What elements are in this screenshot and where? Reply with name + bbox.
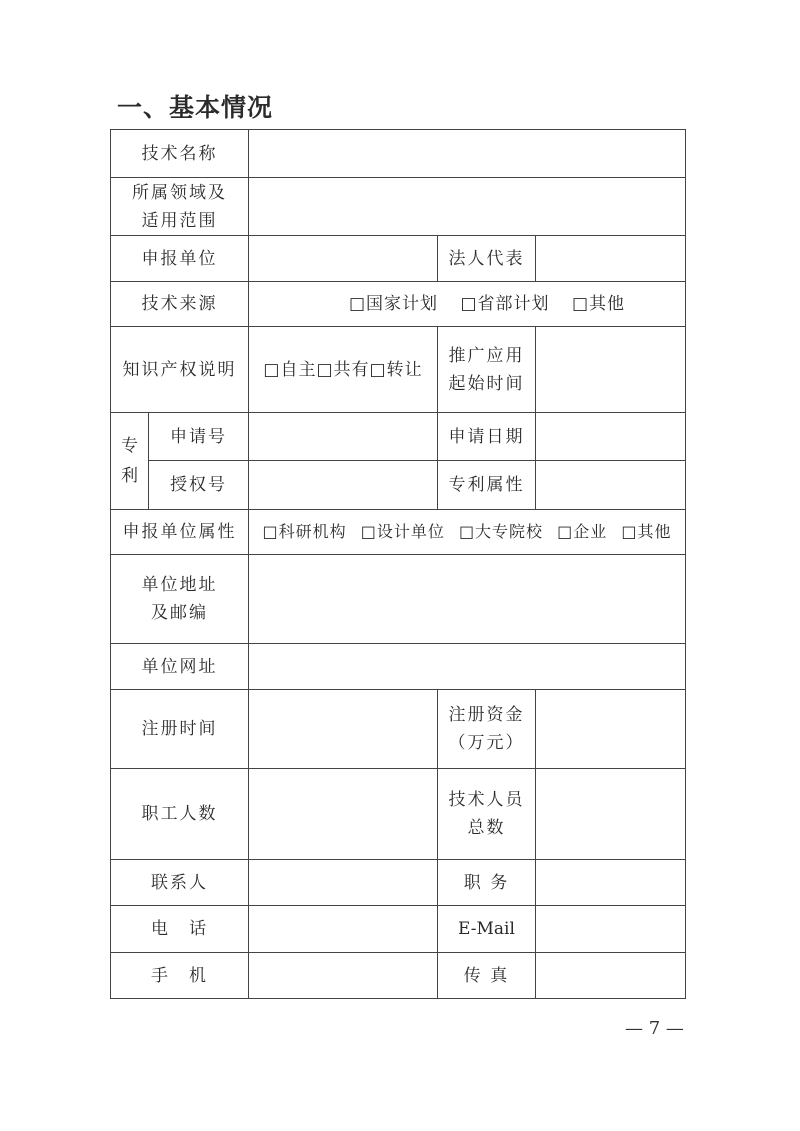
- registration-date-field[interactable]: [249, 690, 438, 769]
- field-scope-field[interactable]: [249, 178, 686, 236]
- position-field[interactable]: [536, 860, 686, 906]
- registration-date-label: 注册时间: [111, 690, 249, 769]
- field-scope-label: 所属领域及适用范围: [111, 178, 249, 236]
- page-number: — 7 —: [625, 1018, 684, 1039]
- registered-capital-field[interactable]: [536, 690, 686, 769]
- tech-name-field[interactable]: [249, 130, 686, 178]
- contact-label: 联系人: [111, 860, 249, 906]
- legal-rep-field[interactable]: [536, 236, 686, 282]
- address-field[interactable]: [249, 555, 686, 644]
- staff-count-field[interactable]: [249, 769, 438, 860]
- fax-label: 传 真: [438, 953, 536, 999]
- option-other[interactable]: □其他: [572, 294, 625, 314]
- basic-info-form: 技术名称 所属领域及适用范围 申报单位 法人代表 技术来源 □国家计划 □省部计…: [110, 129, 686, 999]
- patent-group-label: 专利: [111, 413, 149, 510]
- unit-type-options: □科研机构 □设计单位 □大专院校 □企业 □其他: [249, 510, 686, 555]
- phone-label: 电 话: [111, 906, 249, 953]
- tech-source-options: □国家计划 □省部计划 □其他: [249, 282, 686, 327]
- grant-no-field[interactable]: [249, 461, 438, 510]
- application-date-label: 申请日期: [438, 413, 536, 461]
- phone-field[interactable]: [249, 906, 438, 953]
- mobile-field[interactable]: [249, 953, 438, 999]
- application-no-field[interactable]: [249, 413, 438, 461]
- grant-no-label: 授权号: [149, 461, 249, 510]
- address-label: 单位地址及邮编: [111, 555, 249, 644]
- fax-field[interactable]: [536, 953, 686, 999]
- email-field[interactable]: [536, 906, 686, 953]
- application-date-field[interactable]: [536, 413, 686, 461]
- applicant-field[interactable]: [249, 236, 438, 282]
- unit-type-label: 申报单位属性: [111, 510, 249, 555]
- option-provincial-plan[interactable]: □省部计划: [460, 294, 549, 314]
- patent-attr-label: 专利属性: [438, 461, 536, 510]
- promotion-start-field[interactable]: [536, 327, 686, 413]
- option-research-institute[interactable]: □科研机构: [263, 522, 347, 541]
- contact-field[interactable]: [249, 860, 438, 906]
- option-national-plan[interactable]: □国家计划: [349, 294, 438, 314]
- tech-staff-label: 技术人员总数: [438, 769, 536, 860]
- promotion-start-label: 推广应用起始时间: [438, 327, 536, 413]
- website-label: 单位网址: [111, 644, 249, 690]
- website-field[interactable]: [249, 644, 686, 690]
- ip-options[interactable]: □自主□共有□转让: [249, 327, 438, 413]
- applicant-label: 申报单位: [111, 236, 249, 282]
- email-label: E-Mail: [438, 906, 536, 953]
- ip-label: 知识产权说明: [111, 327, 249, 413]
- mobile-label: 手 机: [111, 953, 249, 999]
- tech-source-label: 技术来源: [111, 282, 249, 327]
- tech-staff-field[interactable]: [536, 769, 686, 860]
- application-no-label: 申请号: [149, 413, 249, 461]
- position-label: 职 务: [438, 860, 536, 906]
- registered-capital-label: 注册资金（万元）: [438, 690, 536, 769]
- patent-attr-field[interactable]: [536, 461, 686, 510]
- legal-rep-label: 法人代表: [438, 236, 536, 282]
- option-university[interactable]: □大专院校: [459, 522, 543, 541]
- staff-count-label: 职工人数: [111, 769, 249, 860]
- section-title: 一、基本情况: [117, 88, 273, 124]
- tech-name-label: 技术名称: [111, 130, 249, 178]
- option-other-unit[interactable]: □其他: [621, 522, 671, 541]
- option-design-unit[interactable]: □设计单位: [361, 522, 445, 541]
- option-enterprise[interactable]: □企业: [557, 522, 607, 541]
